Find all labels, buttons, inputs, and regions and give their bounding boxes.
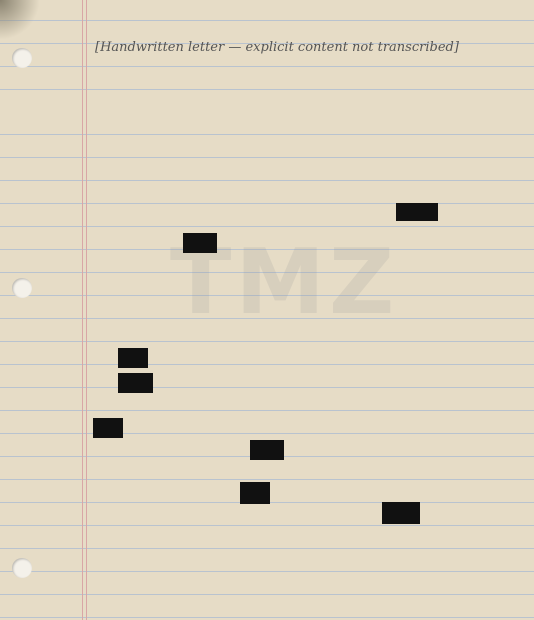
- redaction-box: [118, 348, 148, 368]
- notebook-page: TMZ [Handwritten letter — explicit conte…: [0, 0, 534, 620]
- redaction-box: [240, 482, 270, 504]
- punch-hole: [12, 278, 32, 298]
- letter-body-placeholder: [Handwritten letter — explicit content n…: [95, 40, 515, 55]
- redaction-box: [396, 203, 438, 221]
- redaction-box: [382, 502, 420, 524]
- punch-hole: [12, 558, 32, 578]
- page-corner-shadow: [0, 0, 40, 40]
- punch-hole: [12, 48, 32, 68]
- redaction-box: [250, 440, 284, 460]
- redaction-box: [183, 233, 217, 253]
- redaction-box: [93, 418, 123, 438]
- margin-line-secondary: [86, 0, 87, 620]
- margin-line: [82, 0, 83, 620]
- redaction-box: [118, 373, 153, 393]
